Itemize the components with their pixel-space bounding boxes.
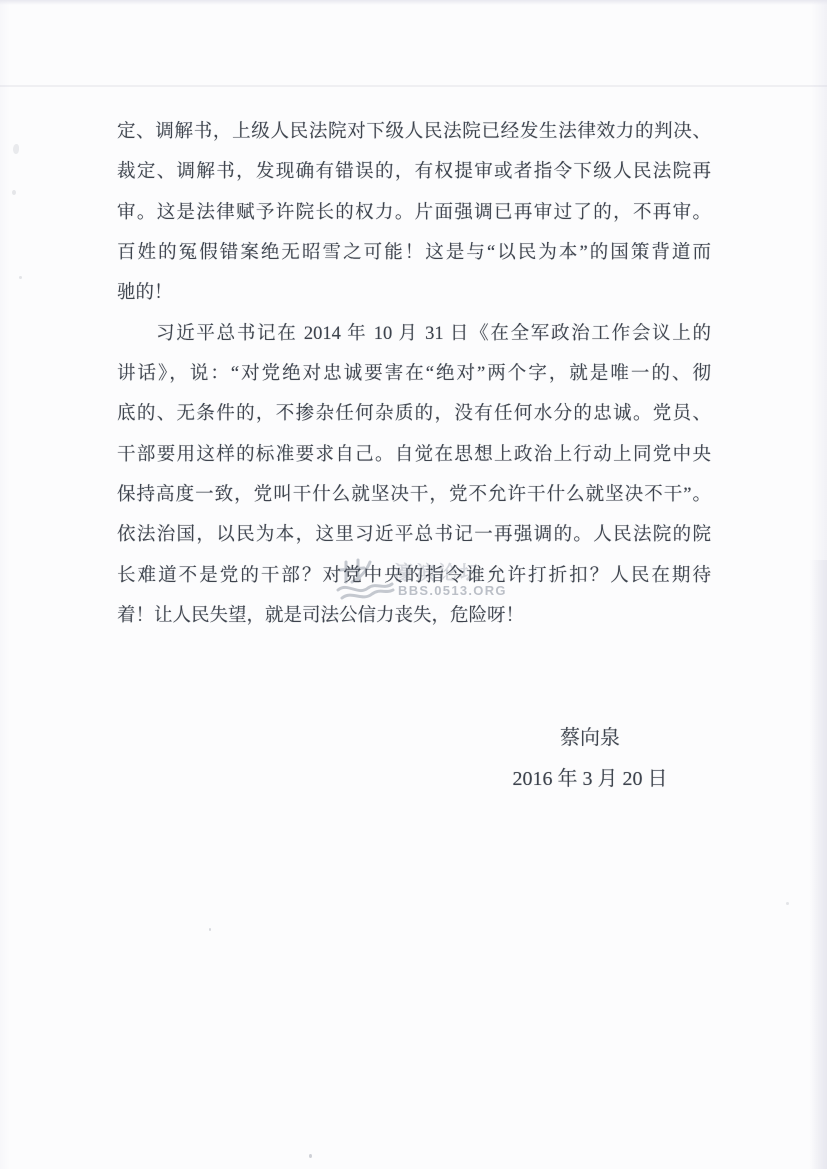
text-line: 长难道不是党的干部？对党中央的指令谁允许打折扣？人民在期待 bbox=[117, 556, 711, 596]
scanned-document-page: 濠滨论坛 BBS.0513.ORG 定、调解书，上级人民法院对下级人民法院已经发… bbox=[0, 0, 827, 1169]
scan-speck bbox=[309, 1154, 312, 1158]
text-line: 保持高度一致，党叫干什么就坚决干，党不允许干什么就坚决不干”。 bbox=[117, 475, 711, 515]
scan-speck bbox=[209, 928, 211, 931]
scan-edge-shadow bbox=[809, 560, 827, 1169]
text-line: 审。这是法律赋予许院长的权力。片面强调已再审过了的，不再审。 bbox=[117, 193, 711, 233]
text-line: 裁定、调解书，发现确有错误的，有权提审或者指令下级人民法院再 bbox=[117, 152, 711, 192]
text-line: 习近平总书记在 2014 年 10 月 31 日《在全军政治工作会议上的 bbox=[117, 314, 711, 354]
text-line: 依法治国，以民为本，这里习近平总书记一再强调的。人民法院的院 bbox=[117, 515, 711, 555]
scan-artifact-streak bbox=[0, 85, 827, 87]
text-line: 定、调解书，上级人民法院对下级人民法院已经发生法律效力的判决、 bbox=[117, 112, 711, 152]
signature-name: 蔡向泉 bbox=[475, 722, 705, 754]
text-line: 讲话》，说：“对党绝对忠诚要害在“绝对”两个字，就是唯一的、彻 bbox=[117, 354, 711, 394]
scan-speck bbox=[13, 144, 19, 154]
text-line: 底的、无条件的，不掺杂任何杂质的，没有任何水分的忠诚。党员、 bbox=[117, 394, 711, 434]
text-line: 驰的！ bbox=[117, 273, 711, 313]
scan-speck bbox=[19, 276, 22, 279]
scan-speck bbox=[786, 902, 789, 905]
signature-date: 2016 年 3 月 20 日 bbox=[450, 762, 730, 796]
text-line: 百姓的冤假错案绝无昭雪之可能！这是与“以民为本”的国策背道而 bbox=[117, 233, 711, 273]
text-line: 着！让人民失望，就是司法公信力丧失，危险呀！ bbox=[117, 596, 711, 636]
text-line: 干部要用这样的标准要求自己。自觉在思想上政治上行动上同党中央 bbox=[117, 435, 711, 475]
scan-speck bbox=[12, 190, 16, 195]
document-body: 定、调解书，上级人民法院对下级人民法院已经发生法律效力的判决、裁定、调解书，发现… bbox=[117, 112, 711, 636]
